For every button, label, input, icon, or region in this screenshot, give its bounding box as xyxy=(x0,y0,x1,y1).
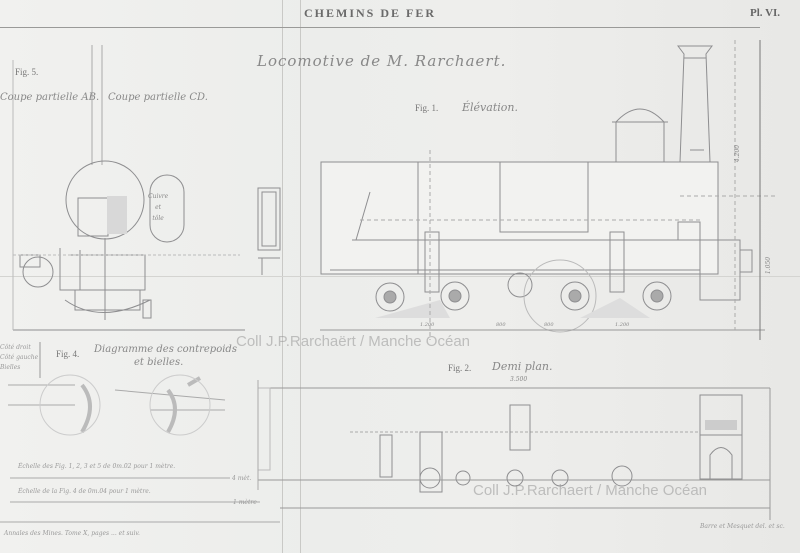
locomotive-drawing xyxy=(0,0,800,553)
fig2-label: Fig. 2. xyxy=(448,363,471,373)
dimension-wheelbase-b: 1.200 xyxy=(615,322,629,328)
fig2-dimension: 3.500 xyxy=(510,376,527,383)
fig5-coupe-cd: Coupe partielle CD. xyxy=(108,92,208,103)
plate-number: Pl. VI. xyxy=(750,7,780,19)
fig1-elevation xyxy=(320,40,775,340)
fig4-label: Fig. 4. xyxy=(56,349,79,359)
scale-caption-1: Échelle des Fig. 1, 2, 3 et 5 de 0m.02 p… xyxy=(18,463,175,470)
side-end-view xyxy=(258,188,280,275)
footer-engraver: Barre et Mesquet del. et sc. xyxy=(700,523,785,530)
footer-source: Annales des Mines. Tome X, pages ... et … xyxy=(4,530,140,537)
fig5-cross-section xyxy=(13,45,245,330)
watermark-top: Coll J.P.Rarchaërt / Manche Océan xyxy=(236,333,470,350)
dimension-height: 4.200 xyxy=(734,145,741,162)
fig2-title: Demi plan. xyxy=(492,360,552,373)
fig5-annotation: Cuivre et tôle xyxy=(148,191,168,224)
fig5-label: Fig. 5. xyxy=(15,67,38,77)
fig2-plan xyxy=(258,388,770,520)
dimension-span-a: 800 xyxy=(496,322,506,328)
fig1-title: Élévation. xyxy=(462,101,518,114)
dimension-wheelbase-a: 1.200 xyxy=(420,322,434,328)
plate-header-title: CHEMINS DE FER xyxy=(304,6,436,21)
watermark-bottom: Coll J.P.Rarchaert / Manche Océan xyxy=(473,482,707,499)
fig4-legend: Côté droit Côté gauche Bielles xyxy=(0,343,38,373)
scale-end-1: 4 mèt. xyxy=(232,475,251,482)
dimension-span-b: 800 xyxy=(544,322,554,328)
fig1-label: Fig. 1. xyxy=(415,103,438,113)
fig5-coupe-ab: Coupe partielle AB. xyxy=(0,92,99,103)
plate-main-title: Locomotive de M. Rarchaert. xyxy=(257,52,506,70)
scale-caption-2: Échelle de la Fig. 4 de 0m.04 pour 1 mèt… xyxy=(18,488,151,495)
scale-end-2: 1 mètre xyxy=(233,499,257,506)
fig4-title: Diagramme des contrepoids et bielles. xyxy=(94,343,237,369)
dimension-buffer: 1.050 xyxy=(765,257,772,274)
